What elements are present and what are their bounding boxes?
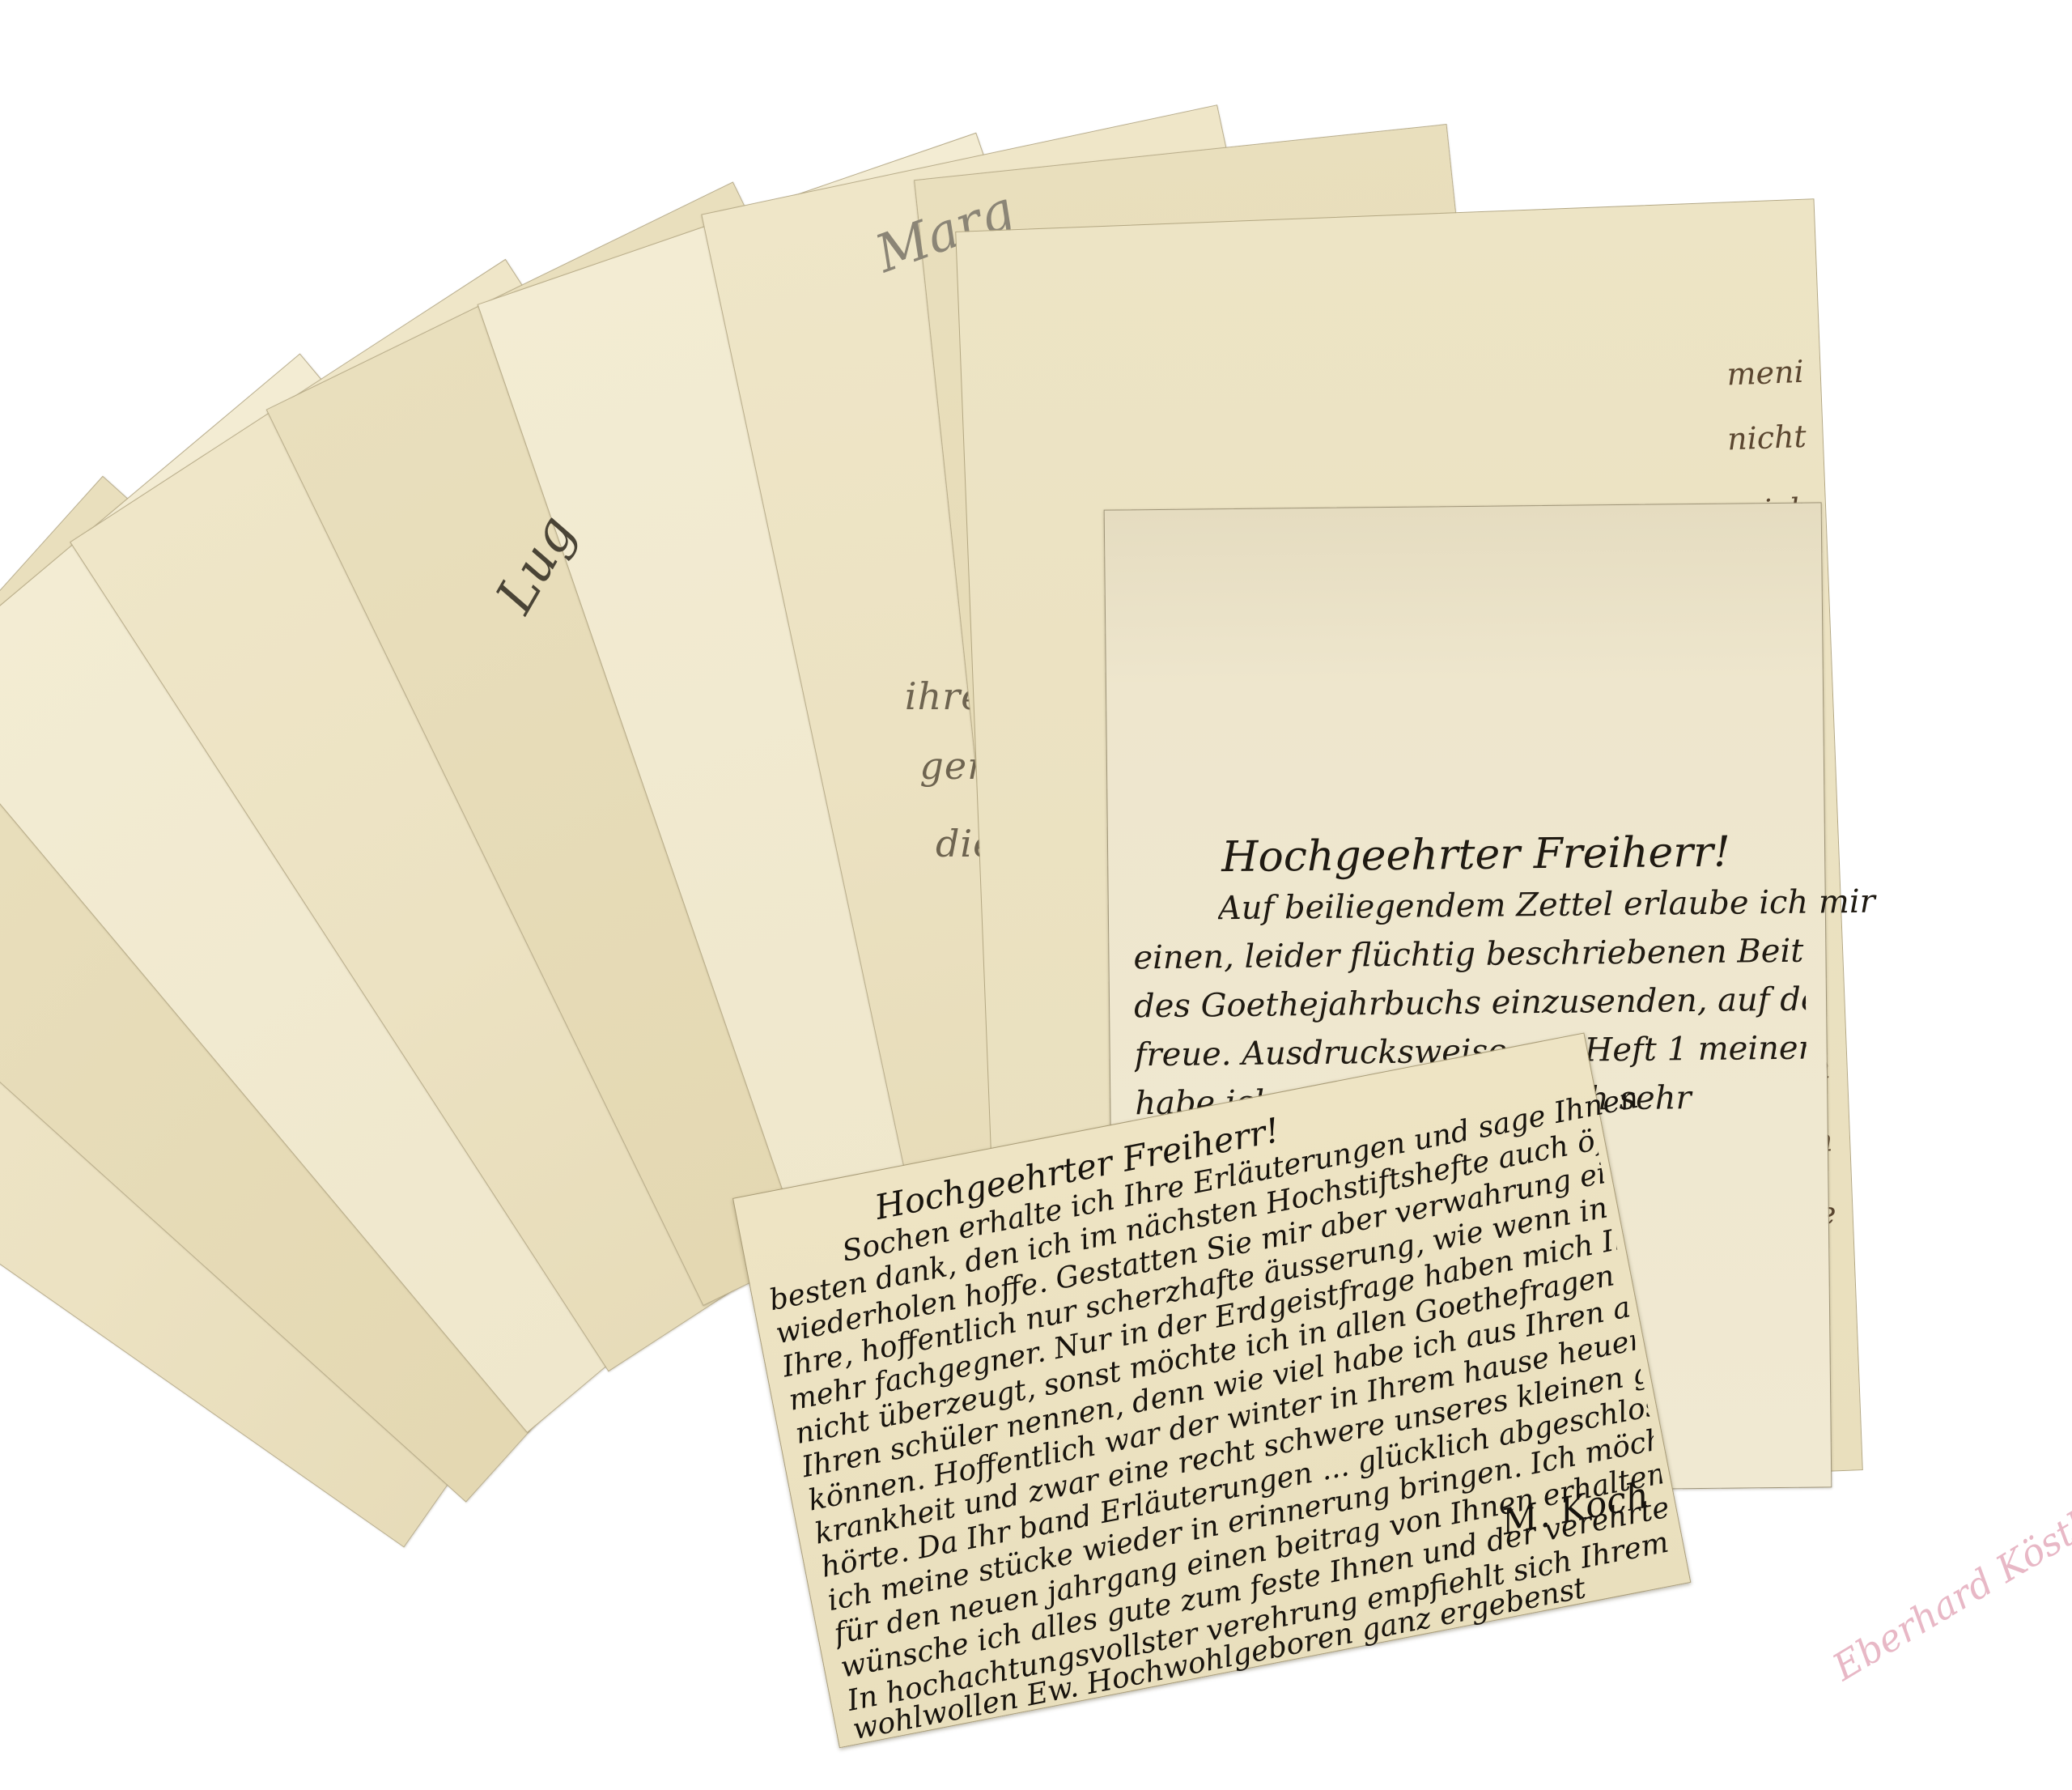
letter-line: einen, leider flüchtig beschriebenen Bei… (1133, 933, 1805, 977)
margin-fragment: nicht (1726, 419, 1807, 457)
letter-line: Auf beiliegendem Zettel erlaube ich mir (1218, 883, 1890, 928)
margin-fragment: meni (1726, 354, 1805, 393)
letter-line: des Goethejahrbuchs einzusenden, auf den… (1134, 981, 1806, 1026)
letter-salutation: Hochgeehrter Freiherr! (1221, 828, 1730, 882)
photo-stage: erlau mir fur zu dan Schriftsteller fur … (0, 0, 2072, 1790)
